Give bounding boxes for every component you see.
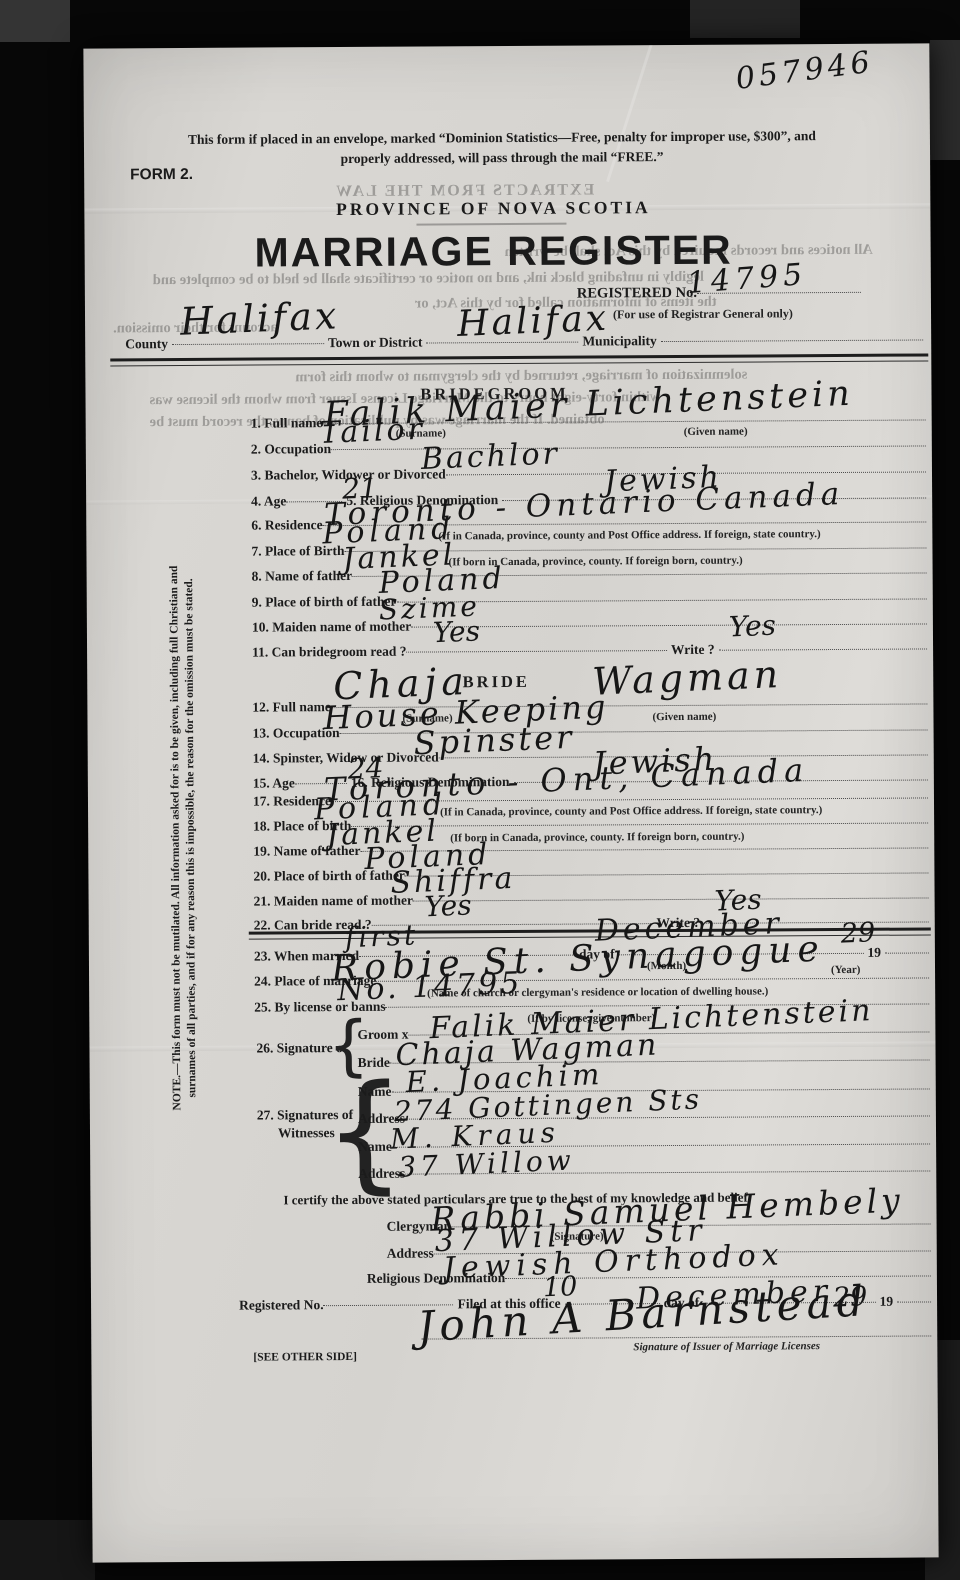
field-label: 8. Name of father [252, 568, 353, 585]
town-district-value: Halifax [456, 301, 609, 343]
field-row-mother-maiden: 10. Maiden name of mother [252, 615, 927, 635]
side-note-line2: surnames of all parties, and if for any … [183, 488, 199, 1188]
given-name-note: (Given name) [652, 711, 716, 723]
field-row-bride-mother-maiden: 21. Maiden name of mother [254, 889, 929, 909]
address-label: Address [387, 1245, 434, 1261]
dotted-line [406, 650, 667, 653]
mail-notice-line1: This form if placed in an envelope, mark… [124, 128, 880, 149]
bridegroom-occupation-value: Tailor [319, 415, 425, 449]
scan-canvas: 057946 This form if placed in an envelop… [0, 0, 960, 1580]
issuer-signature-note: Signature of Issuer of Marriage Licenses [633, 1340, 820, 1353]
dotted-line [413, 897, 929, 901]
year-prefix: 19 [880, 1294, 894, 1310]
witness-name-label: Name [358, 1139, 392, 1155]
form-number: FORM 2. [130, 166, 193, 184]
given-name-note: (Given name) [684, 426, 748, 438]
background-patch [0, 1520, 95, 1580]
registered-no-value: 14795 [686, 260, 808, 299]
bride-can-read-value: Yes [424, 891, 472, 921]
background-patch [930, 40, 960, 160]
town-district-label: Town or District [328, 335, 423, 352]
field-row-can-read: 11. Can bridegroom read ? Write ? [252, 640, 927, 660]
field-row-bride-father-birthplace: 20. Place of birth of father [253, 864, 928, 884]
field-row-father-birthplace: 9. Place of birth of father [252, 590, 927, 610]
registered-no-label: Registered No. [239, 1297, 324, 1314]
witness2-address-value: 37 Willow [398, 1147, 576, 1182]
field-label: 12. Full name [252, 699, 330, 715]
field-label: 1. Full name [251, 415, 323, 431]
registrar-general-note: (For use of Registrar General only) [613, 306, 793, 322]
field-label: 6. Residence [251, 517, 322, 533]
bride-givenname-value: Wagman [592, 655, 783, 701]
county-label: County [125, 336, 168, 352]
dotted-line [897, 1301, 931, 1302]
dotted-line [411, 623, 927, 627]
when-married-year-value: 29 [840, 919, 875, 947]
see-other-side: [SEE OTHER SIDE] [253, 1351, 357, 1364]
issuer-signature-value: John A Barnstead [416, 1280, 869, 1348]
field-label: 11. Can bridegroom read ? [252, 644, 406, 661]
province-rule [416, 223, 566, 226]
field-label: 15. Age [253, 775, 295, 791]
dotted-line [172, 343, 324, 345]
field-label: 21. Maiden name of mother [254, 893, 413, 910]
side-note: NOTE.—This form must not be mutilated. A… [168, 488, 199, 1188]
field-label: 14. Spinster, Widow or Divorced [253, 749, 439, 766]
field-label: 9. Place of birth of father [252, 594, 397, 611]
field-label: 4. Age [251, 493, 286, 509]
county-value: Halifax [179, 296, 340, 340]
dotted-line [719, 648, 927, 650]
section-rule [110, 353, 928, 366]
dotted-line [661, 339, 924, 342]
field-label: 2. Occupation [251, 441, 331, 457]
marriage-register-form: 057946 This form if placed in an envelop… [83, 43, 938, 1562]
background-patch [0, 0, 70, 42]
province-heading: PROVINCE OF NOVA SCOTIA [84, 196, 902, 222]
bridegroom-can-read-value: Yes [432, 617, 480, 647]
dotted-line [885, 952, 929, 953]
background-patch [690, 0, 800, 38]
bridegroom-status-value: Bachlor [420, 439, 560, 475]
mail-notice-line2: properly addressed, will pass through th… [124, 148, 880, 169]
bridegroom-can-write-value: Yes [728, 612, 776, 642]
handwritten-reference-number: 057946 [734, 47, 875, 94]
bride-status-value: Spinster [413, 721, 575, 760]
mail-notice: This form if placed in an envelope, mark… [124, 128, 880, 169]
license-number-value: No. 14795 [337, 969, 523, 1007]
witness-name-label: Name [358, 1084, 392, 1100]
side-note-line1: NOTE.—This form must not be mutilated. A… [168, 488, 184, 1188]
